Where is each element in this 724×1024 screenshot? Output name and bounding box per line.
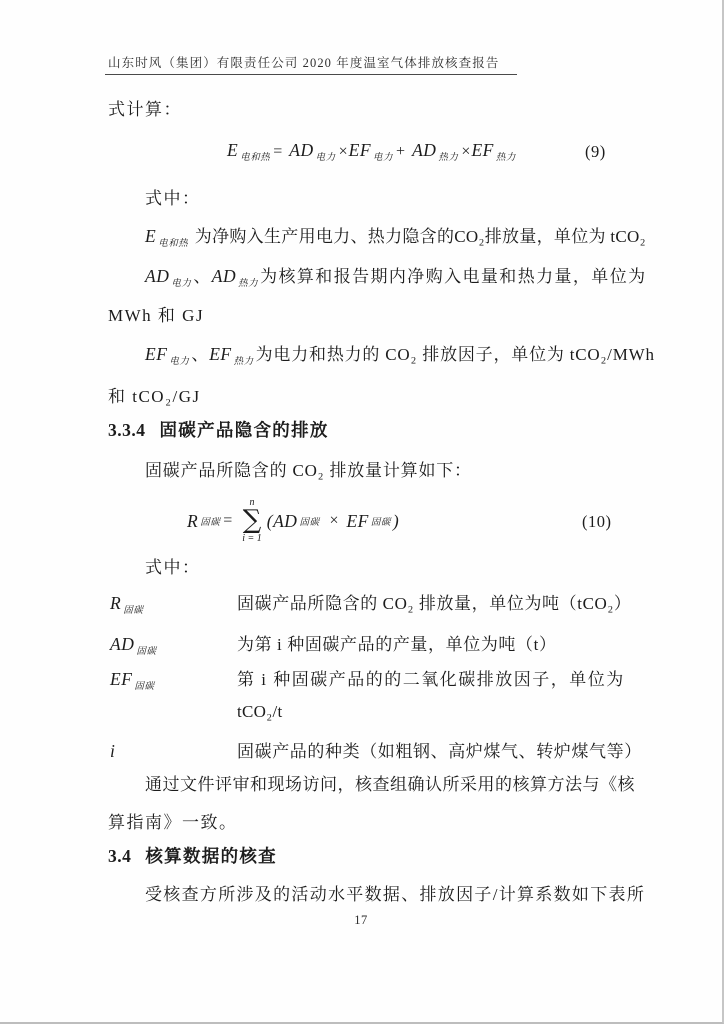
ad-def-separator: 、 xyxy=(193,267,211,286)
summation-lower-limit: i = 1 xyxy=(242,533,262,544)
paragraph-ef-definition-cont: 和 tCO₂/GJ xyxy=(108,382,201,407)
definition-desc-ef: 第 i 种固碳产品的的二氧化碳排放因子，单位为 xyxy=(237,670,625,689)
def-ad-sub: 固碳 xyxy=(136,647,156,657)
formula9-var-e: E xyxy=(227,140,238,160)
formula10-sub-r: 固碳 xyxy=(200,514,220,528)
definition-term-ef: EF固碳 xyxy=(110,669,237,692)
paragraph-sequestration-intro: 固碳产品所隐含的 CO₂ 排放量计算如下： xyxy=(145,456,472,481)
formula9-sub-ad2: 热力 xyxy=(438,153,458,163)
paragraph-data-check: 受核查方所涉及的活动水平数据、排放因子/计算系数如下表所 xyxy=(145,880,645,905)
formula9-var-ef2: EF xyxy=(471,140,493,160)
paragraph-ef-definition: EF电力、EF热力为电力和热力的 CO₂ 排放因子，单位为 tCO₂/MWh xyxy=(145,340,655,367)
formula-9: E电和热=AD电力×EF电力+AD热力×EF热力 xyxy=(227,140,518,163)
definition-row-ad: AD固碳为第 i 种固碳产品的产量，单位为吨（t） xyxy=(110,630,624,657)
e-def-var: E xyxy=(145,226,156,246)
formula-9-number: (9) xyxy=(585,142,606,162)
formula10-sub-ad: 固碳 xyxy=(299,514,319,528)
formula10-sub-ef: 固碳 xyxy=(371,514,391,528)
formula-10: R固碳=n∑i = 1(AD固碳×EF固碳) xyxy=(187,492,399,550)
formula9-sub-ef2: 热力 xyxy=(496,153,516,163)
paragraph-e-definition: E电和热 为净购入生产用电力、热力隐含的CO₂排放量，单位为 tCO₂ xyxy=(145,222,646,249)
formula-10-number: (10) xyxy=(582,512,612,532)
definition-term-ad: AD固碳 xyxy=(110,634,237,657)
heading-3-4-title: 核算数据的核查 xyxy=(145,846,277,866)
header-rule xyxy=(105,74,517,75)
sigma-glyph: ∑ xyxy=(243,508,262,533)
formula9-var-ad2: AD xyxy=(412,140,436,160)
ad-def-var2: AD xyxy=(212,266,236,286)
ef-def-var2: EF xyxy=(209,344,231,364)
heading-3-3-4-number: 3.3.4 xyxy=(108,420,146,440)
formula10-var-r: R xyxy=(187,511,198,532)
def-i-var: i xyxy=(110,741,115,761)
ad-def-text: 为核算和报告期内净购入电量和热力量，单位为 xyxy=(260,267,646,286)
formula9-times1: × xyxy=(339,143,348,160)
heading-3-3-4: 3.3.4固碳产品隐含的排放 xyxy=(108,417,329,442)
def-ad-var: AD xyxy=(110,634,134,654)
formula10-close-paren: ) xyxy=(393,511,399,532)
formula10-var-ef: EF xyxy=(346,511,368,532)
paragraph-ad-definition: AD电力、AD热力为核算和报告期内净购入电量和热力量，单位为 xyxy=(145,262,647,289)
definition-desc-r: 固碳产品所隐含的 CO₂ 排放量，单位为吨（tCO₂） xyxy=(237,594,632,613)
def-ef-sub: 固碳 xyxy=(134,682,154,692)
document-page: 山东时风（集团）有限责任公司 2020 年度温室气体排放核查报告 式计算： E电… xyxy=(0,0,724,1024)
summation-symbol: n∑i = 1 xyxy=(242,498,262,544)
formula10-equals: = xyxy=(223,512,232,530)
formula9-sub-ad1: 电力 xyxy=(316,153,336,163)
formula9-equals: = xyxy=(273,143,282,160)
e-def-sub: 电和热 xyxy=(158,239,188,249)
definition-desc-ef-cont: tCO₂/t xyxy=(237,702,283,722)
definition-row-i: i固碳产品的种类（如粗钢、高炉煤气、转炉煤气等） xyxy=(110,737,624,762)
heading-3-4: 3.4核算数据的核查 xyxy=(108,843,277,868)
page-number: 17 xyxy=(0,913,722,928)
definition-row-r: R固碳固碳产品所隐含的 CO₂ 排放量，单位为吨（tCO₂） xyxy=(110,589,624,616)
e-def-text: 为净购入生产用电力、热力隐含的CO₂排放量，单位为 tCO₂ xyxy=(195,227,646,246)
ad-def-var1: AD xyxy=(145,266,169,286)
ef-def-sub1: 电力 xyxy=(169,357,189,367)
ef-def-var1: EF xyxy=(145,344,167,364)
paragraph-intro: 式计算： xyxy=(108,95,182,120)
definition-desc-i: 固碳产品的种类（如粗钢、高炉煤气、转炉煤气等） xyxy=(237,742,642,761)
formula10-var-ad: AD xyxy=(273,511,297,532)
ef-def-separator: 、 xyxy=(191,345,209,364)
definition-desc-ad: 为第 i 种固碳产品的产量，单位为吨（t） xyxy=(237,635,557,654)
formula9-times2: × xyxy=(461,143,470,160)
page-header-title: 山东时风（集团）有限责任公司 2020 年度温室气体排放核查报告 xyxy=(108,53,499,71)
def-r-sub: 固碳 xyxy=(123,606,143,616)
ad-def-sub1: 电力 xyxy=(171,279,191,289)
paragraph-confirm-line2: 算指南》一致。 xyxy=(108,808,238,833)
ef-def-sub2: 热力 xyxy=(234,357,254,367)
definition-term-i: i xyxy=(110,741,237,762)
def-r-var: R xyxy=(110,593,121,613)
paragraph-confirm-line1: 通过文件评审和现场访问，核查组确认所采用的核算方法与《核 xyxy=(145,770,635,795)
paragraph-where-1: 式中： xyxy=(145,184,201,209)
ad-def-sub2: 热力 xyxy=(238,279,258,289)
def-ef-var: EF xyxy=(110,669,132,689)
formula9-sub-e: 电和热 xyxy=(240,153,270,163)
formula9-var-ad1: AD xyxy=(289,140,313,160)
formula10-times: × xyxy=(329,512,338,530)
formula9-plus: + xyxy=(396,143,405,160)
definition-term-r: R固碳 xyxy=(110,593,237,616)
formula9-sub-ef1: 电力 xyxy=(373,153,393,163)
paragraph-where-2: 式中： xyxy=(145,553,201,578)
ef-def-text: 为电力和热力的 CO₂ 排放因子，单位为 tCO₂/MWh xyxy=(256,345,655,364)
formula9-var-ef1: EF xyxy=(349,140,371,160)
paragraph-ad-definition-cont: MWh 和 GJ xyxy=(108,301,204,326)
definition-row-ef: EF固碳第 i 种固碳产品的的二氧化碳排放因子，单位为 xyxy=(110,665,624,692)
heading-3-3-4-title: 固碳产品隐含的排放 xyxy=(160,420,329,440)
heading-3-4-number: 3.4 xyxy=(108,846,131,866)
